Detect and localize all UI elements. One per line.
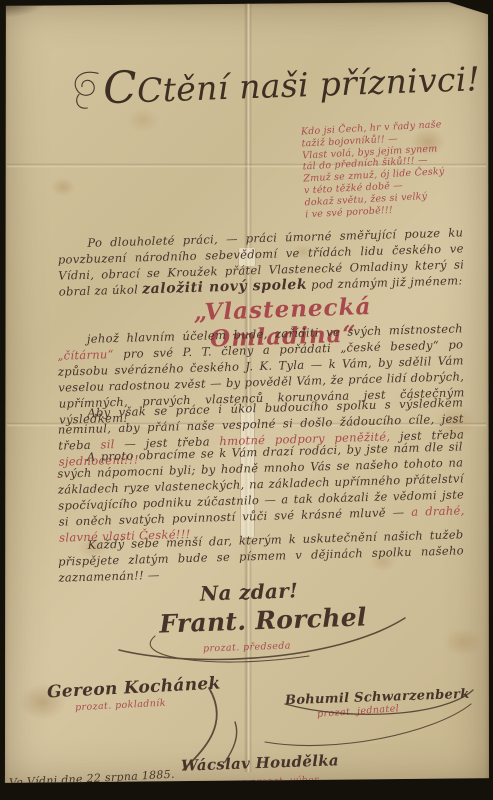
signature-treasurer-name: Gereon Kochánek: [47, 673, 221, 702]
paragraph-introduction: Po dlouholeté práci, — práci úmorné směř…: [57, 224, 465, 299]
title-text: Ctění naši příznivci!: [136, 59, 480, 110]
signature-president-name: Frant. Rorchel: [143, 602, 384, 639]
signature-committee-role: za prozat. výbor.: [235, 774, 322, 788]
motto-verse: Kdo jsi Čech, hr v řady naše tažiž bojov…: [301, 118, 476, 221]
manuscript-paper: CCtění naši příznivci! Kdo jsi Čech, hr …: [3, 2, 490, 786]
document-title: CCtění naši příznivci!: [68, 52, 442, 116]
signature-president-role: prozat. předseda: [203, 640, 291, 654]
paragraph-donations: Každý sebe menší dar, kterým k uskutečně…: [57, 526, 464, 585]
signature-committee-name: Wácslav Houdělka: [181, 751, 339, 775]
place-date-line: Ve Vídni dne 22 srpna 1885.: [9, 768, 175, 790]
title-flourish-ornament: [68, 67, 104, 112]
title-initial: C: [102, 62, 138, 114]
